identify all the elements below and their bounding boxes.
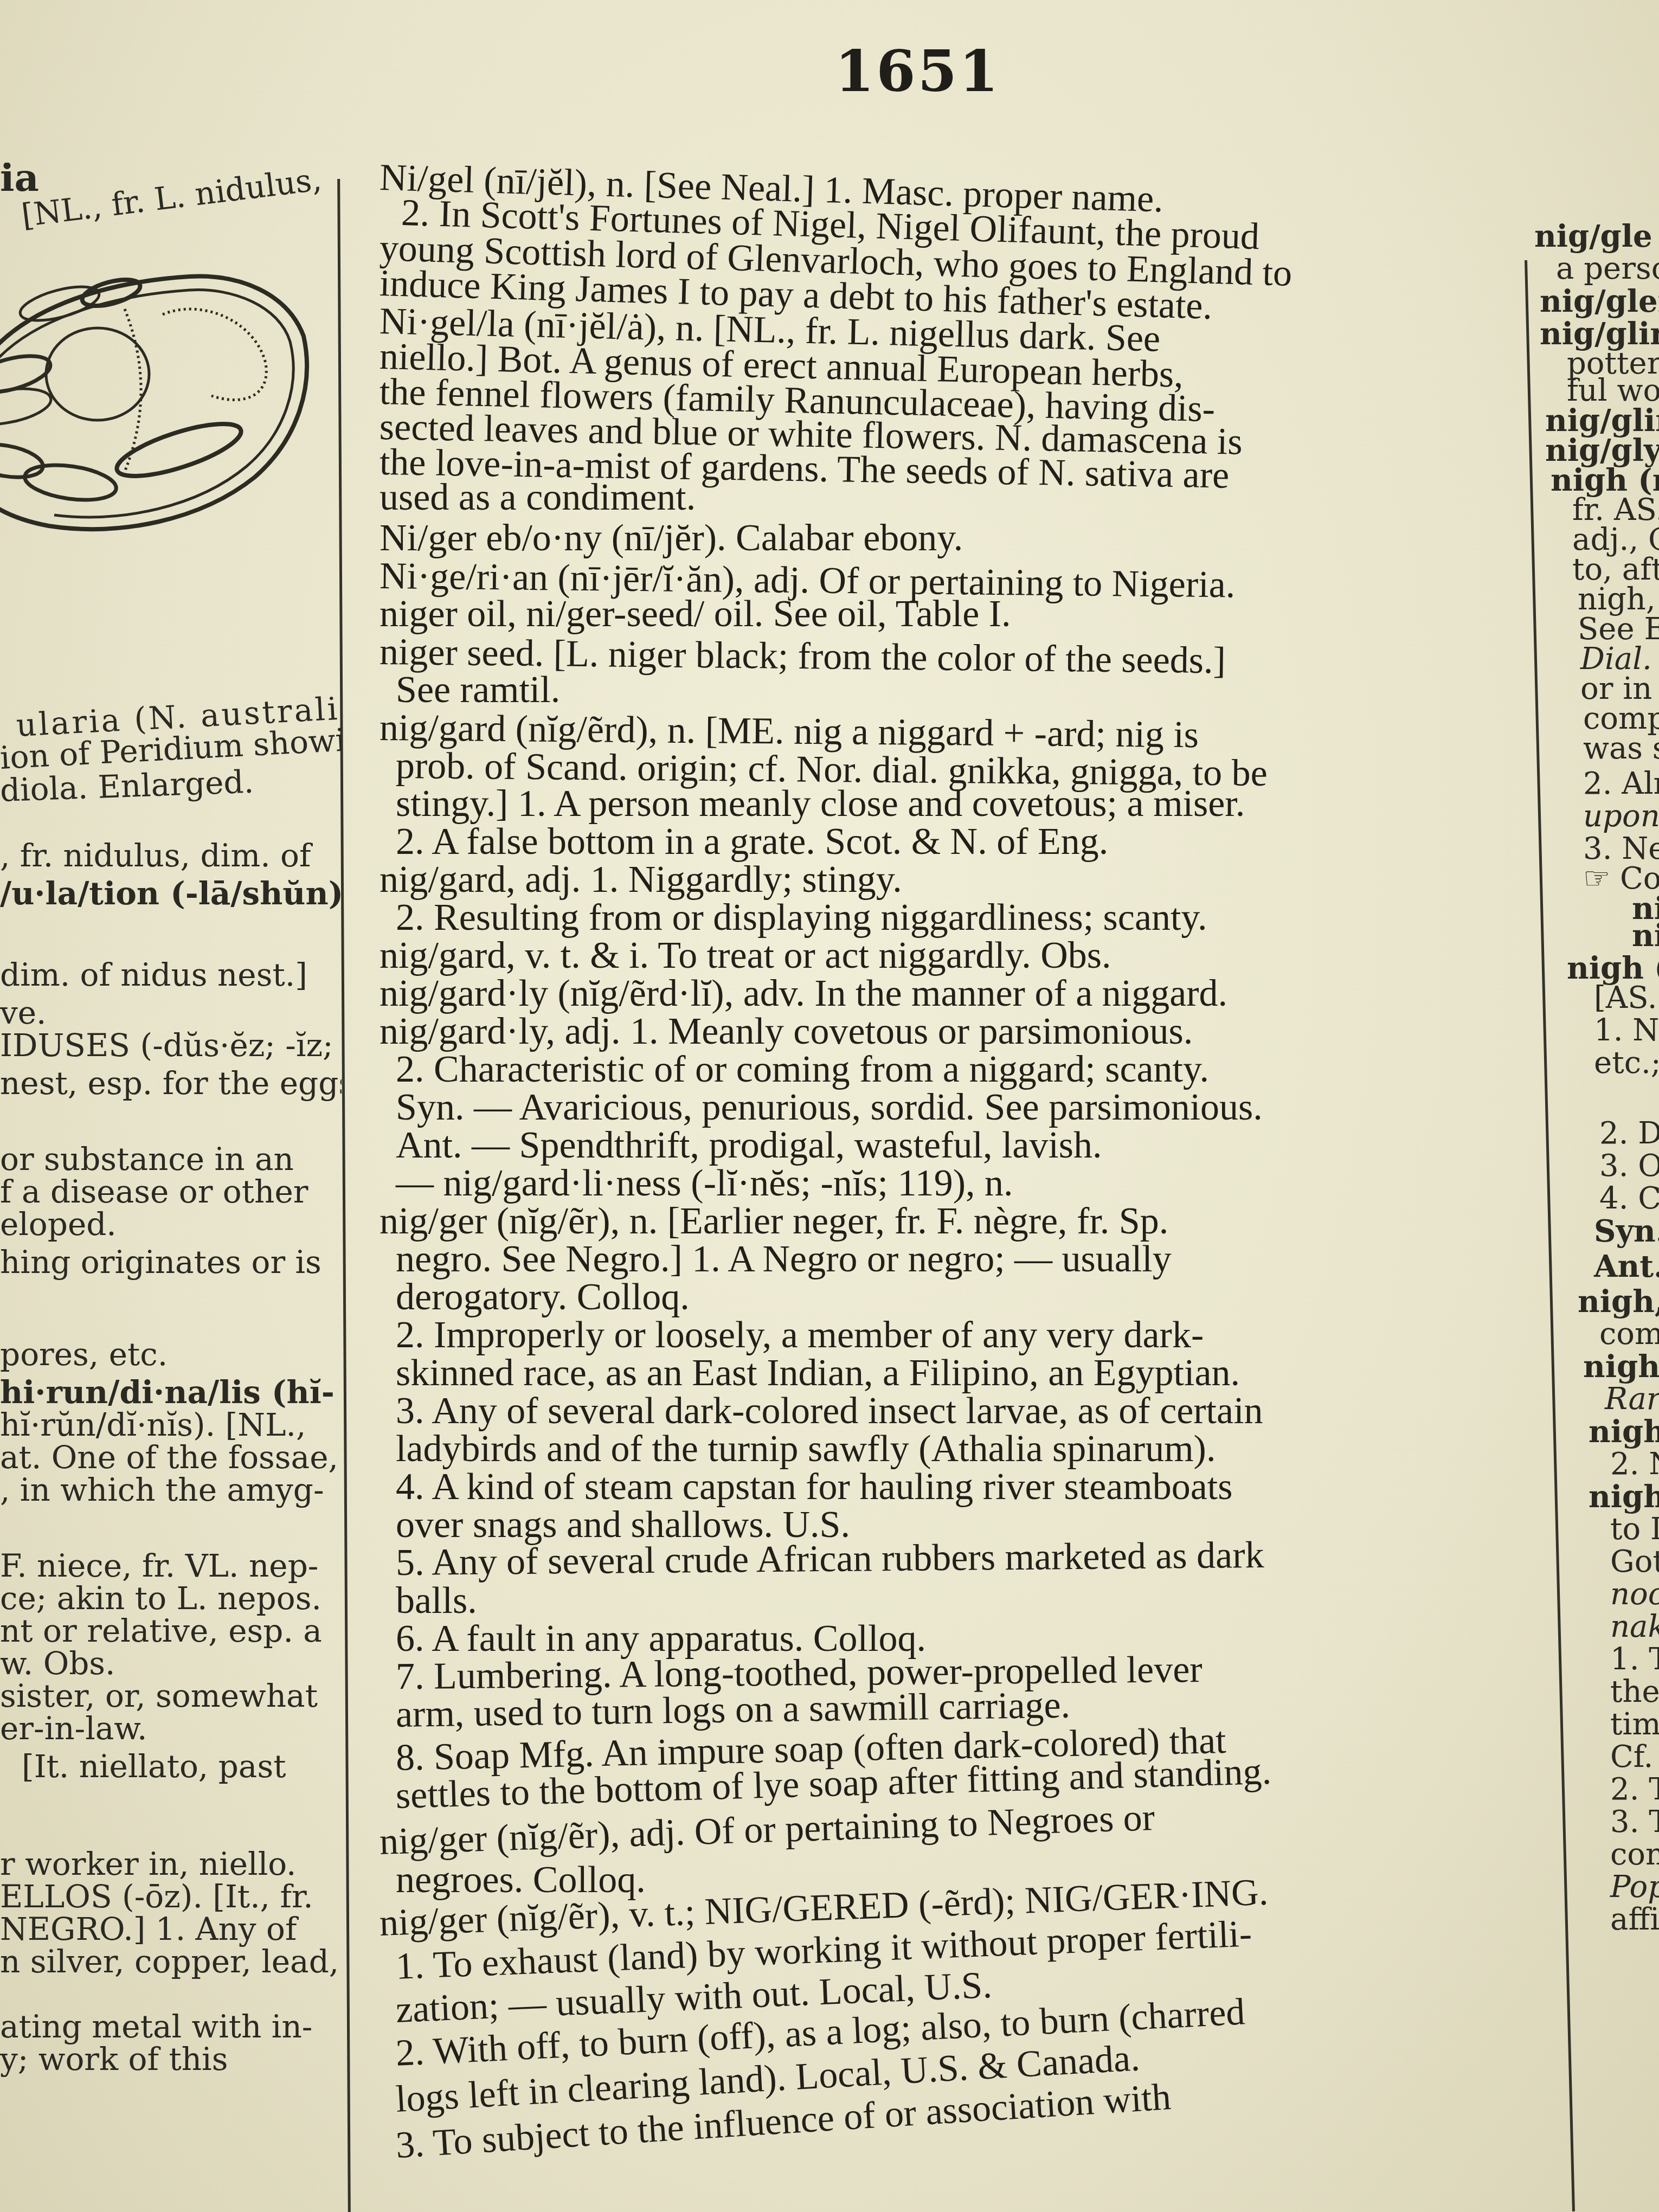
entry-line: skinned race, as an East Indian, a Filip… <box>396 1353 1240 1394</box>
entry-line: balls. <box>396 1580 477 1622</box>
entry-line: nig/ger (nĭg/ẽr), n. [Earlier neger, fr.… <box>380 1201 1168 1242</box>
left-line: , in which the amyg- <box>0 1469 324 1510</box>
left-line: [It. niellato, past <box>22 1746 286 1787</box>
entry-niggard-verb: nig/gard, v. t. & i. To treat or act nig… <box>380 935 1111 976</box>
left-line: y; work of this <box>0 2039 228 2080</box>
entry-line: See ramtil. <box>396 670 560 711</box>
entry-line: derogatory. Colloq. <box>396 1277 690 1318</box>
dictionary-page: 1651 ia [NL., fr. L. nidulus, ularia (N. <box>0 0 1659 2212</box>
entry-line: 2. A false bottom in a grate. Scot. & N.… <box>396 821 1108 863</box>
left-line: IDUSES (-dŭs·ĕz; -ĭz; <box>0 1025 333 1066</box>
right-line: etc.; ne <box>1594 1044 1659 1083</box>
entry-line: 2. Resulting from or displaying niggardl… <box>396 897 1207 938</box>
antonyms-line: Ant. — Spendthrift, prodigal, wasteful, … <box>396 1125 1102 1166</box>
entry-line: 5. Any of several crude African rubbers … <box>396 1535 1264 1584</box>
entry-line: 3. Any of several dark-colored insect la… <box>396 1391 1263 1432</box>
left-line: [NL., fr. L. nidulus, <box>19 163 324 236</box>
entry-line: 4. A kind of steam capstan for hauling r… <box>396 1467 1233 1508</box>
left-line: diola. Enlarged. <box>0 761 254 811</box>
left-line: /u·la/tion (-lā/shŭn), <box>0 873 342 914</box>
entry-line: negro. See Negro.] 1. A Negro or negro; … <box>396 1239 1172 1280</box>
entry-niger-ebony: Ni/ger eb/o·ny (nī/jĕr). Calabar ebony. <box>380 518 963 559</box>
left-line: er-in-law. <box>0 1708 147 1749</box>
left-line: nest, esp. for the eggs <box>0 1063 342 1104</box>
left-line: , fr. nidulus, dim. of <box>0 835 311 876</box>
main-column: Ni/gel (nī/jĕl), n. [See Neal.] 1. Masc.… <box>358 163 1523 2212</box>
left-line: eloped. <box>0 1204 117 1245</box>
right-column: nig/gle (nĭg a person. — nig/gler (nĭ ni… <box>1534 206 1659 2212</box>
page-number: 1651 <box>835 38 1000 105</box>
entry-line: nig/gard·ly, adj. 1. Meanly covetous or … <box>380 1011 1193 1052</box>
entry-line: ladybirds and of the turnip sawfly (Atha… <box>396 1429 1216 1470</box>
right-line: was sick <box>1583 729 1659 768</box>
left-line: dim. of nidus nest.] <box>0 954 307 995</box>
left-line: n silver, copper, lead, <box>0 1941 339 1982</box>
entry-line: 2. Characteristic of or coming from a ni… <box>396 1049 1209 1090</box>
entry-niggardly-adv: nig/gard·ly (nĭg/ẽrd·lĭ), adv. In the ma… <box>380 973 1227 1014</box>
left-column: ia [NL., fr. L. nidulus, ularia (N. aust… <box>0 163 342 2212</box>
left-line: hing originates or is <box>0 1242 321 1283</box>
nidularia-illustration <box>0 244 320 548</box>
entry-line: 2. Improperly or loosely, a member of an… <box>396 1315 1204 1356</box>
right-line: Syn. <box>1594 1212 1659 1251</box>
left-line: pores, etc. <box>0 1334 168 1375</box>
right-line: Ant. <box>1594 1247 1659 1286</box>
entry-line: stingy.] 1. A person meanly close and co… <box>396 783 1245 825</box>
synonyms-line: Syn. — Avaricious, penurious, sordid. Se… <box>396 1087 1263 1128</box>
entry-line: nig/gard, adj. 1. Niggardly; stingy. <box>380 859 902 901</box>
entry-line: — nig/gard·li·ness (-lĭ·nĕs; -nĭs; 119),… <box>396 1163 1013 1204</box>
entry-line: used as a condiment. <box>380 477 696 518</box>
right-line: affili <box>1610 1900 1659 1939</box>
entry-niger-oil: niger oil, ni/ger-seed/ oil. See oil, Ta… <box>380 594 1011 635</box>
